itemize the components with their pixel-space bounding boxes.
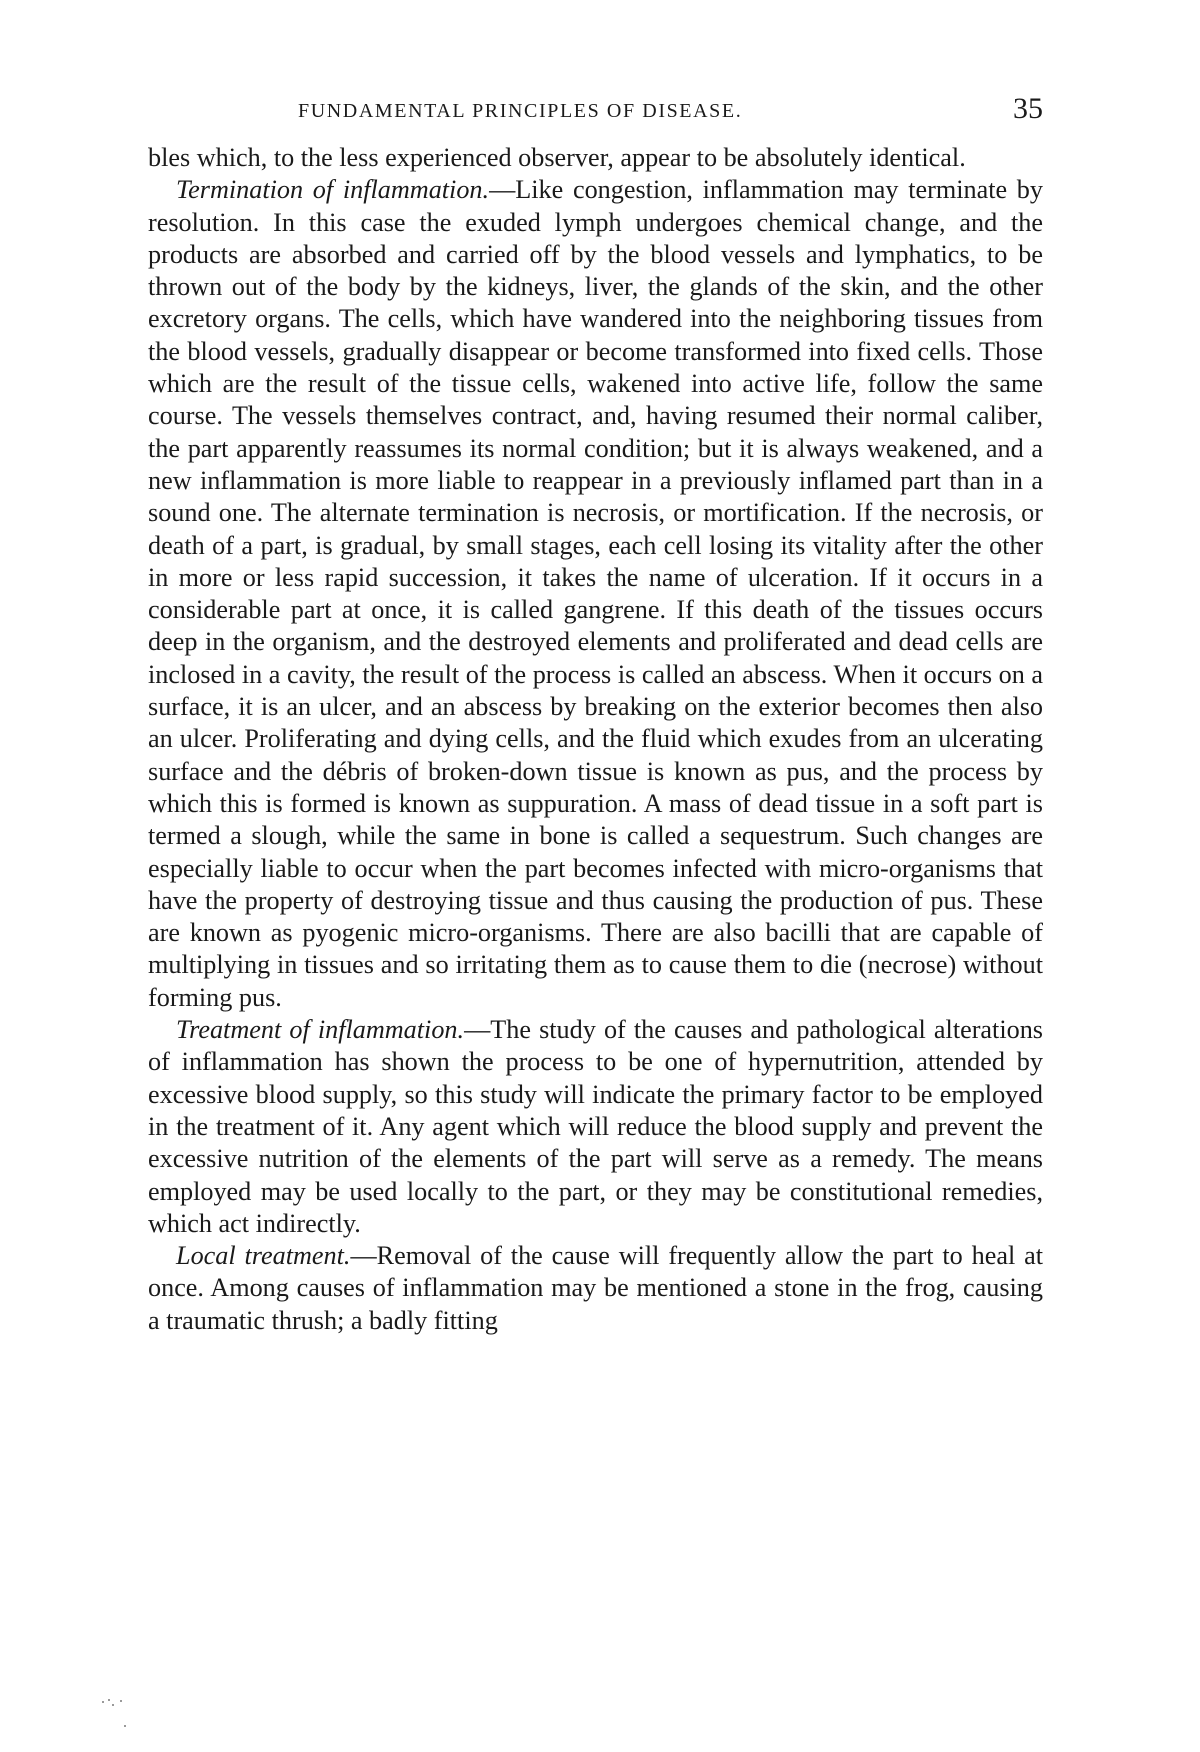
paragraph-heading: Local treatment.	[176, 1241, 350, 1270]
book-page: FUNDAMENTAL PRINCIPLES OF DISEASE. 35 bl…	[148, 90, 1043, 1337]
paragraph-text: —The study of the causes and pathologica…	[148, 1015, 1043, 1238]
paragraph-local-treatment: Local treatment.—Removal of the cause wi…	[148, 1240, 1043, 1337]
scan-speck	[102, 1701, 104, 1703]
scan-speck	[120, 1700, 122, 1702]
running-head: FUNDAMENTAL PRINCIPLES OF DISEASE. 35	[148, 90, 1043, 142]
paragraph-continuation: bles which, to the less experienced obse…	[148, 142, 1043, 174]
scan-speck	[124, 1725, 126, 1727]
scan-speck	[112, 1704, 114, 1706]
paragraph-heading: Treatment of inflammation.	[176, 1015, 464, 1044]
paragraph-termination-of-inflammation: Termination of inflammation.—Like conges…	[148, 174, 1043, 1014]
paragraph-text: bles which, to the less experienced obse…	[148, 143, 966, 172]
scan-artifact	[98, 1695, 128, 1735]
paragraph-heading: Termination of inflammation.	[176, 175, 489, 204]
scan-speck	[108, 1699, 110, 1701]
paragraph-text: —Like congestion, inflammation may termi…	[148, 175, 1043, 1011]
body-text: bles which, to the less experienced obse…	[148, 142, 1043, 1337]
page-number: 35	[1013, 92, 1043, 126]
running-title: FUNDAMENTAL PRINCIPLES OF DISEASE.	[298, 100, 742, 123]
paragraph-treatment-of-inflammation: Treatment of inflammation.—The study of …	[148, 1014, 1043, 1240]
